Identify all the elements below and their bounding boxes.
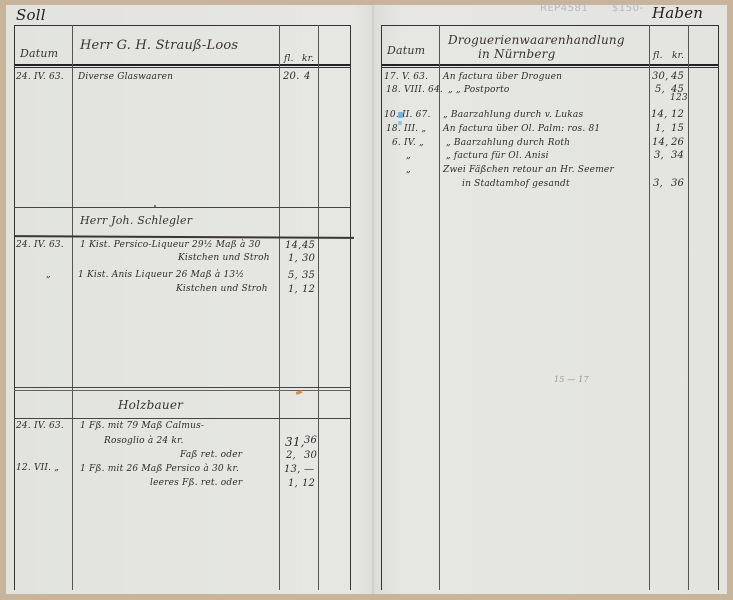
row-fl: 5, — [655, 84, 665, 95]
row-fl: 30, — [652, 71, 669, 82]
rule — [72, 25, 73, 590]
row-kr: 30 — [304, 450, 317, 461]
account-name-header-line1: Droguerienwaarenhandlung — [448, 33, 625, 47]
rule — [14, 25, 15, 590]
rule — [649, 25, 650, 590]
row-fl: 14, — [651, 109, 668, 120]
row-text: in Stadtamhof gesandt — [462, 179, 570, 189]
rule — [688, 25, 689, 590]
section-title-holzbauer: Holzbauer — [118, 398, 183, 412]
row-kr: 45 — [671, 71, 684, 82]
rule — [14, 387, 350, 388]
datum-header: Datum — [387, 44, 425, 57]
row-fl: 31, — [285, 435, 305, 449]
row-date: „ — [46, 270, 51, 280]
row-fl: 5, — [288, 270, 298, 281]
fl-header: fl. — [284, 54, 294, 64]
row-text: „ Baarzahlung durch v. Lukas — [443, 110, 583, 120]
row-text: „ Baarzahlung durch Roth — [446, 138, 570, 148]
kr-header: kr. — [302, 54, 314, 64]
rule — [350, 25, 351, 590]
row-fl: 2, — [286, 450, 296, 461]
row-date: 24. IV. 63. — [16, 240, 64, 250]
row-fl: 20. — [283, 71, 300, 82]
rule — [318, 25, 319, 590]
row-fl: 14, — [652, 137, 669, 148]
soll-heading: Soll — [16, 6, 46, 24]
rule — [14, 67, 350, 68]
row-text: „ factura für Ol. Anisi — [446, 151, 549, 161]
rule — [14, 418, 350, 419]
ink-dot — [154, 205, 156, 207]
rule — [14, 25, 350, 26]
row-text: leeres Fß. ret. oder — [150, 478, 242, 488]
rule — [14, 207, 350, 208]
rule — [279, 25, 280, 590]
catalog-stamp: REP4581 — [540, 3, 588, 14]
row-date: 18. III. „ — [386, 124, 426, 134]
row-kr: 12 — [302, 284, 315, 295]
kr-header: kr. — [672, 51, 684, 61]
rule — [381, 64, 718, 66]
row-fl: 1, — [288, 253, 298, 264]
row-text: Kistchen und Stroh — [176, 284, 268, 294]
row-date: 24. IV. 63. — [16, 72, 64, 82]
fl-header: fl. — [653, 51, 663, 61]
row-kr: 12 — [302, 478, 315, 489]
row-fl: 14, — [285, 240, 302, 251]
row-date: 12. VII. „ — [16, 463, 59, 473]
account-name-header: Herr G. H. Strauß-Loos — [80, 38, 238, 53]
blue-ink-mark — [398, 121, 402, 125]
row-text: Kistchen und Stroh — [178, 253, 270, 263]
rule — [14, 64, 350, 66]
row-fl: 3, — [654, 150, 664, 161]
row-kr: 4 — [304, 71, 311, 82]
row-kr: 15 — [671, 123, 684, 134]
row-fl: 1, — [655, 123, 665, 134]
row-kr: 123 — [670, 93, 688, 103]
ledger-paper — [6, 5, 727, 594]
rule — [718, 25, 719, 590]
section-title-schlegler: Herr Joh. Schlegler — [80, 214, 192, 227]
account-name-header-line2: in Nürnberg — [478, 47, 555, 61]
row-date: 17. V. 63. — [384, 72, 428, 82]
row-text: „ „ Postporto — [448, 85, 510, 95]
row-text: Zwei Fäßchen retour an Hr. Seemer — [443, 165, 614, 175]
rule — [381, 25, 382, 590]
haben-heading: Haben — [652, 4, 703, 22]
rule — [439, 25, 440, 590]
row-date: „ — [406, 165, 411, 175]
row-text: Rosoglio à 24 kr. — [104, 436, 184, 446]
page-fold — [372, 5, 374, 594]
row-fl: 3, — [653, 178, 663, 189]
row-fl: 1, — [288, 478, 298, 489]
row-date: 6. IV. „ — [392, 138, 424, 148]
datum-header: Datum — [20, 47, 58, 60]
row-fl: 13, — [284, 464, 301, 475]
rule — [381, 25, 718, 26]
row-text: An factura über Ol. Palm: ros. 81 — [443, 124, 600, 134]
row-text: 1 Fß. mit 26 Maß Persico à 30 kr. — [80, 464, 239, 474]
price-stamp: $150- — [612, 3, 644, 14]
row-text: An factura über Droguen — [443, 72, 562, 82]
row-text: 1 Fß. mit 79 Maß Calmus- — [80, 421, 204, 431]
row-text: 1 Kist. Anis Liqueur 26 Maß à 13½ — [78, 270, 244, 280]
row-kr: 36 — [304, 435, 317, 446]
row-date: 10. II. 67. — [384, 110, 431, 120]
row-text: 1 Kist. Persico-Liqueur 29½ Maß à 30 — [80, 240, 261, 250]
row-kr: 34 — [671, 150, 684, 161]
row-kr: 26 — [671, 137, 684, 148]
row-text: Diverse Glaswaaren — [78, 72, 173, 82]
stray-pencil-mark: 15 — 17 — [554, 375, 589, 384]
row-kr: 35 — [302, 270, 315, 281]
row-kr: — — [304, 464, 314, 475]
row-kr: 30 — [302, 253, 315, 264]
row-fl: 1, — [288, 284, 298, 295]
blue-ink-mark — [398, 112, 403, 118]
row-kr: 12 — [671, 109, 684, 120]
row-date: 18. VIII. 64. — [386, 85, 443, 95]
row-date: 24. IV. 63. — [16, 421, 64, 431]
row-kr: 45 — [302, 240, 315, 251]
rule — [381, 67, 718, 68]
row-text: Faß ret. oder — [180, 450, 242, 460]
row-kr: 36 — [671, 178, 684, 189]
row-date: „ — [406, 151, 411, 161]
